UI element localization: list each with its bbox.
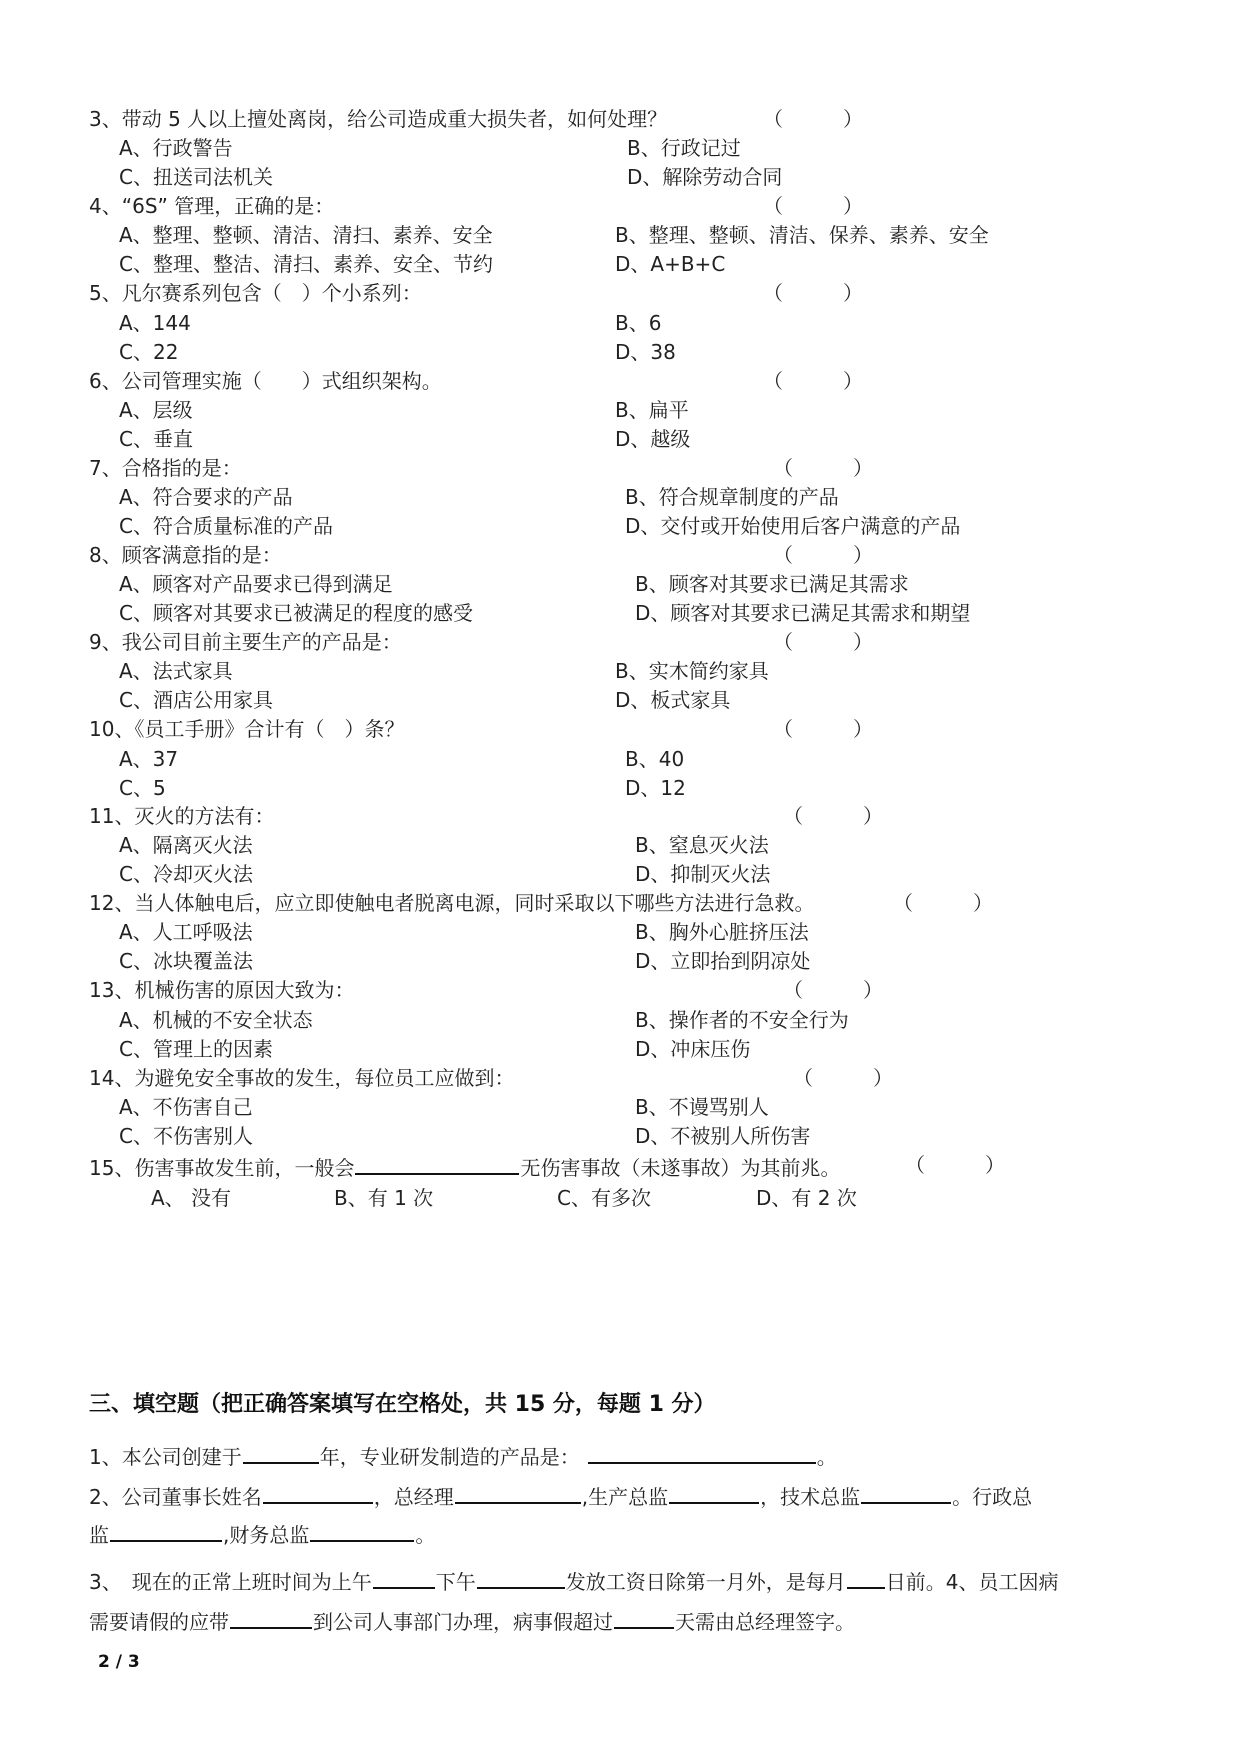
page-number: 2 / 3	[98, 1652, 140, 1672]
fill-text: ,生产总监	[582, 1485, 668, 1509]
q-text: 凡尔赛系列包含（ ）个小系列：	[122, 281, 422, 305]
fill-text: 监	[89, 1523, 109, 1547]
q-text: 顾客满意指的是：	[122, 543, 282, 567]
q-number: 10、	[89, 717, 134, 741]
answer-paren-4[interactable]: （ ）	[763, 192, 863, 220]
fill-question-2: 2、公司董事长姓名，总经理,生产总监，技术总监。行政总	[89, 1480, 1032, 1511]
option-15a: A、 没有	[151, 1184, 231, 1212]
fill-text: 。	[415, 1523, 435, 1547]
section-title-fill-in: 三、填空题（把正确答案填写在空格处，共 15 分，每题 1 分）	[89, 1390, 716, 1420]
question-8: 8、顾客满意指的是：	[89, 541, 282, 569]
q-number: 9、	[89, 630, 122, 654]
option-5b: B、6	[615, 309, 661, 337]
fill-blank-payday[interactable]	[847, 1565, 885, 1589]
option-4a: A、整理、整顿、清洁、清扫、素养、安全	[119, 221, 493, 249]
q-number: 11、	[89, 804, 134, 828]
option-14c: C、不伤害别人	[119, 1122, 253, 1150]
answer-paren-9[interactable]: （ ）	[773, 628, 873, 656]
fill-blank-product[interactable]	[588, 1440, 816, 1464]
q-number: 15、	[89, 1156, 134, 1180]
question-5: 5、凡尔赛系列包含（ ）个小系列：	[89, 279, 422, 307]
fill-text: 。	[817, 1445, 837, 1469]
answer-paren-14[interactable]: （ ）	[793, 1064, 893, 1092]
answer-paren-15[interactable]: （ ）	[905, 1151, 1005, 1179]
option-8d: D、顾客对其要求已满足其需求和期望	[635, 599, 970, 627]
option-9a: A、法式家具	[119, 657, 233, 685]
option-10d: D、12	[625, 774, 686, 802]
q-text: 机械伤害的原因大致为：	[134, 978, 354, 1002]
fill-text: ，总经理	[374, 1485, 454, 1509]
option-7c: C、符合质量标准的产品	[119, 512, 333, 540]
option-7b: B、符合规章制度的产品	[625, 483, 839, 511]
fill-question-1: 1、本公司创建于年，专业研发制造的产品是：。	[89, 1440, 837, 1471]
option-7d: D、交付或开始使用后客户满意的产品	[625, 512, 960, 540]
option-15d: D、有 2 次	[756, 1184, 857, 1212]
question-13: 13、机械伤害的原因大致为：	[89, 976, 354, 1004]
answer-paren-6[interactable]: （ ）	[763, 367, 863, 395]
question-7: 7、合格指的是：	[89, 454, 242, 482]
option-8c: C、顾客对其要求已被满足的程度的感受	[119, 599, 473, 627]
question-14: 14、为避免安全事故的发生，每位员工应做到：	[89, 1064, 514, 1092]
answer-paren-10[interactable]: （ ）	[773, 715, 873, 743]
fill-text: 下午	[436, 1570, 476, 1594]
fill-text: ，技术总监	[760, 1485, 860, 1509]
option-15b: B、有 1 次	[334, 1184, 433, 1212]
option-7a: A、符合要求的产品	[119, 483, 293, 511]
fill-blank-tech-director[interactable]	[861, 1480, 951, 1504]
option-6a: A、层级	[119, 396, 193, 424]
option-11a: A、隔离灭火法	[119, 831, 253, 859]
option-4d: D、A+B+C	[615, 250, 725, 278]
question-10: 10、《员工手册》合计有（ ）条？	[89, 715, 404, 743]
fill-blank-admin-director[interactable]	[110, 1518, 222, 1542]
fill-blank-production-director[interactable]	[669, 1480, 759, 1504]
fill-text: 发放工资日除第一月外，是每月	[566, 1570, 846, 1594]
question-6: 6、公司管理实施（ ）式组织架构。	[89, 367, 442, 395]
answer-paren-13[interactable]: （ ）	[783, 976, 883, 1004]
option-14a: A、不伤害自己	[119, 1093, 253, 1121]
option-5a: A、144	[119, 309, 191, 337]
option-9b: B、实木简约家具	[615, 657, 769, 685]
q-number: 4、	[89, 194, 122, 218]
option-9d: D、板式家具	[615, 686, 730, 714]
option-3c: C、扭送司法机关	[119, 163, 273, 191]
option-12c: C、冰块覆盖法	[119, 947, 253, 975]
option-10c: C、5	[119, 774, 166, 802]
option-11b: B、窒息灭火法	[635, 831, 769, 859]
answer-blank[interactable]	[355, 1151, 519, 1175]
fill-question-3: 3、 现在的正常上班时间为上午下午发放工资日除第一月外，是每月日前。4、员工因病	[89, 1565, 1058, 1596]
option-13c: C、管理上的因素	[119, 1035, 273, 1063]
fill-question-2-cont: 监,财务总监。	[89, 1518, 435, 1549]
question-15: 15、伤害事故发生前，一般会无伤害事故（未遂事故）为其前兆。	[89, 1151, 840, 1182]
q-text: 我公司目前主要生产的产品是：	[122, 630, 402, 654]
option-3d: D、解除劳动合同	[627, 163, 782, 191]
q-number: 6、	[89, 369, 122, 393]
option-6d: D、越级	[615, 425, 690, 453]
fill-text: ,财务总监	[223, 1523, 309, 1547]
question-11: 11、灭火的方法有：	[89, 802, 274, 830]
option-9c: C、酒店公用家具	[119, 686, 273, 714]
q-number: 3、	[89, 107, 122, 131]
question-9: 9、我公司目前主要生产的产品是：	[89, 628, 402, 656]
option-5c: C、22	[119, 338, 178, 366]
fill-blank-afternoon-time[interactable]	[477, 1565, 565, 1589]
fill-text: 年，专业研发制造的产品是：	[320, 1445, 580, 1469]
option-15c: C、有多次	[557, 1184, 651, 1212]
option-8b: B、顾客对其要求已满足其需求	[635, 570, 909, 598]
q-text: 公司管理实施（ ）式组织架构。	[122, 369, 442, 393]
option-12d: D、立即抬到阴凉处	[635, 947, 810, 975]
question-12: 12、当人体触电后，应立即使触电者脱离电源，同时采取以下哪些方法进行急救。	[89, 889, 814, 917]
q-text: 当人体触电后，应立即使触电者脱离电源，同时采取以下哪些方法进行急救。	[134, 891, 814, 915]
q-number: 5、	[89, 281, 122, 305]
fill-text: 到公司人事部门办理，病事假超过	[313, 1610, 613, 1634]
fill-blank-general-manager[interactable]	[455, 1480, 581, 1504]
answer-paren-5[interactable]: （ ）	[763, 279, 863, 307]
fill-question-4: 需要请假的应带到公司人事部门办理，病事假超过天需由总经理签字。	[89, 1605, 855, 1636]
option-12b: B、胸外心脏挤压法	[635, 918, 809, 946]
fill-blank-chairman[interactable]	[263, 1480, 373, 1504]
question-3: 3、带动 5 人以上擅处离岗，给公司造成重大损失者，如何处理？	[89, 105, 667, 133]
option-13a: A、机械的不安全状态	[119, 1006, 313, 1034]
option-5d: D、38	[615, 338, 676, 366]
option-4c: C、整理、整洁、清扫、素养、安全、节约	[119, 250, 493, 278]
fill-text: 日前。4、员工因病	[886, 1570, 1059, 1594]
q-text: 为避免安全事故的发生，每位员工应做到：	[134, 1066, 514, 1090]
option-6b: B、扁平	[615, 396, 689, 424]
option-3b: B、行政记过	[627, 134, 741, 162]
fill-blank-days[interactable]	[614, 1605, 674, 1629]
q-text-before: 伤害事故发生前，一般会	[134, 1156, 354, 1180]
q-text: 《员工手册》合计有（ ）条？	[134, 717, 404, 741]
fill-text: 天需由总经理签字。	[675, 1610, 855, 1634]
fill-text: 需要请假的应带	[89, 1610, 229, 1634]
answer-paren-8[interactable]: （ ）	[773, 541, 873, 569]
answer-paren-12[interactable]: （ ）	[893, 889, 993, 917]
fill-text: 2、公司董事长姓名	[89, 1485, 262, 1509]
option-10b: B、40	[625, 745, 684, 773]
q-number: 13、	[89, 978, 134, 1002]
question-4: 4、“6S” 管理，正确的是：	[89, 192, 334, 220]
fill-blank-morning-time[interactable]	[373, 1565, 435, 1589]
option-11c: C、冷却灭火法	[119, 860, 253, 888]
option-4b: B、整理、整顿、清洁、保养、素养、安全	[615, 221, 989, 249]
fill-blank-finance-director[interactable]	[310, 1518, 414, 1542]
q-number: 12、	[89, 891, 134, 915]
answer-paren-11[interactable]: （ ）	[783, 802, 883, 830]
option-12a: A、人工呼吸法	[119, 918, 253, 946]
option-13b: B、操作者的不安全行为	[635, 1006, 849, 1034]
answer-paren-7[interactable]: （ ）	[773, 454, 873, 482]
fill-text: 1、本公司创建于	[89, 1445, 242, 1469]
q-number: 7、	[89, 456, 122, 480]
option-3a: A、行政警告	[119, 134, 233, 162]
option-6c: C、垂直	[119, 425, 193, 453]
exam-page: 3、带动 5 人以上擅处离岗，给公司造成重大损失者，如何处理？ （ ） A、行政…	[0, 0, 1241, 1755]
q-text: 合格指的是：	[122, 456, 242, 480]
option-13d: D、冲床压伤	[635, 1035, 750, 1063]
answer-paren-3[interactable]: （ ）	[763, 105, 863, 133]
option-8a: A、顾客对产品要求已得到满足	[119, 570, 393, 598]
fill-blank-bring-item[interactable]	[230, 1605, 312, 1629]
q-text-after: 无伤害事故（未遂事故）为其前兆。	[520, 1156, 840, 1180]
option-10a: A、37	[119, 745, 178, 773]
fill-text: 。行政总	[952, 1485, 1032, 1509]
q-text: 灭火的方法有：	[134, 804, 274, 828]
option-11d: D、抑制灭火法	[635, 860, 770, 888]
fill-blank-year[interactable]	[243, 1440, 319, 1464]
q-text: 带动 5 人以上擅处离岗，给公司造成重大损失者，如何处理？	[122, 107, 667, 131]
q-number: 14、	[89, 1066, 134, 1090]
q-number: 8、	[89, 543, 122, 567]
q-text: “6S” 管理，正确的是：	[122, 194, 335, 218]
fill-text: 3、 现在的正常上班时间为上午	[89, 1570, 372, 1594]
option-14d: D、不被别人所伤害	[635, 1122, 810, 1150]
option-14b: B、不谩骂别人	[635, 1093, 769, 1121]
